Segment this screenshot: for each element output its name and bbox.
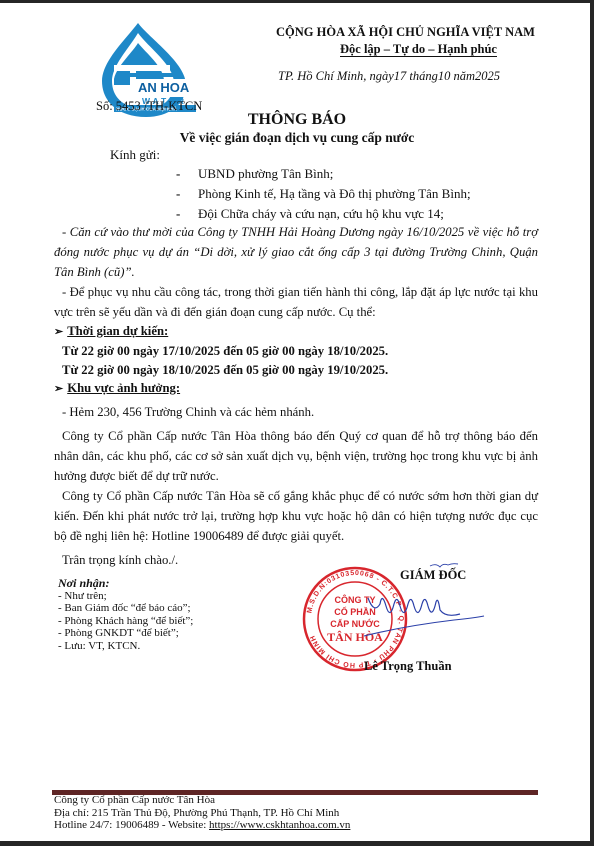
schedule-heading: ➢Thời gian dự kiến:: [54, 322, 538, 341]
recipient-list: -UBND phường Tân Bình; -Phòng Kinh tế, H…: [176, 166, 471, 226]
commitment-paragraph: Công ty Cổ phần Cấp nước Tân Hòa sẽ cố g…: [54, 486, 538, 546]
national-title: CỘNG HÒA XÃ HỘI CHỦ NGHĨA VIỆT NAM: [276, 25, 535, 40]
request-paragraph: Công ty Cổ phần Cấp nước Tân Hòa thông b…: [54, 426, 538, 486]
greeting: Kính gửi:: [110, 147, 160, 163]
notice-title: THÔNG BÁO: [0, 111, 594, 129]
notice-body: - Căn cứ vào thư mời của Công ty TNHH Hả…: [54, 222, 538, 570]
basis-paragraph: - Căn cứ vào thư mời của Công ty TNHH Hả…: [54, 222, 538, 282]
distribution-list: Nơi nhận: - Như trên; - Ban Giám đốc “để…: [58, 577, 193, 653]
distribution-item: - Phòng GNKDT “để biết”;: [58, 627, 193, 640]
notice-subtitle: Về việc gián đoạn dịch vụ cung cấp nước: [0, 130, 594, 146]
handwritten-signature: [360, 558, 490, 653]
distribution-item: - Phòng Khách hàng “để biết”;: [58, 615, 193, 628]
footer-contact: Hotline 24/7: 19006489 - Website: https:…: [54, 819, 350, 832]
dateline: TP. Hồ Chí Minh, ngày17 tháng10 năm2025: [278, 69, 500, 84]
distribution-heading: Nơi nhận:: [58, 577, 193, 590]
distribution-item: - Lưu: VT, KTCN.: [58, 640, 193, 653]
footer: Công ty Cổ phần Cấp nước Tân Hòa Địa chỉ…: [54, 794, 350, 832]
arrow-bullet-icon: ➢: [54, 383, 63, 395]
national-motto: Độc lập – Tự do – Hạnh phúc: [340, 42, 497, 57]
distribution-item: - Như trên;: [58, 590, 193, 603]
schedule-item: Từ 22 giờ 00 ngày 18/10/2025 đến 05 giờ …: [54, 361, 538, 379]
website-link[interactable]: https://www.cskhtanhoa.com.vn: [209, 819, 350, 831]
purpose-paragraph: - Để phục vụ nhu cầu công tác, trong thờ…: [54, 282, 538, 322]
svg-text:AN HOA: AN HOA: [138, 80, 190, 95]
area-paragraph: - Hẻm 230, 456 Trường Chinh và các hẻm n…: [54, 402, 538, 422]
distribution-item: - Ban Giám đốc “để báo cáo”;: [58, 602, 193, 615]
footer-company: Công ty Cổ phần Cấp nước Tân Hòa: [54, 794, 350, 807]
document-page: AN HOA WATER NƯỚC SẠCH CỦA MỌI NHÀ Số: 5…: [0, 3, 590, 841]
recipient-item: -Phòng Kinh tế, Hạ tầng và Đô thị phường…: [176, 186, 471, 206]
area-heading: ➢Khu vực ảnh hưởng:: [54, 379, 538, 398]
signer-name: Lê Trọng Thuần: [364, 659, 452, 674]
schedule-item: Từ 22 giờ 00 ngày 17/10/2025 đến 05 giờ …: [54, 341, 538, 361]
arrow-bullet-icon: ➢: [54, 326, 63, 338]
recipient-item: -UBND phường Tân Bình;: [176, 166, 471, 186]
footer-address: Địa chỉ: 215 Trần Thủ Độ, Phường Phú Thạ…: [54, 807, 350, 820]
